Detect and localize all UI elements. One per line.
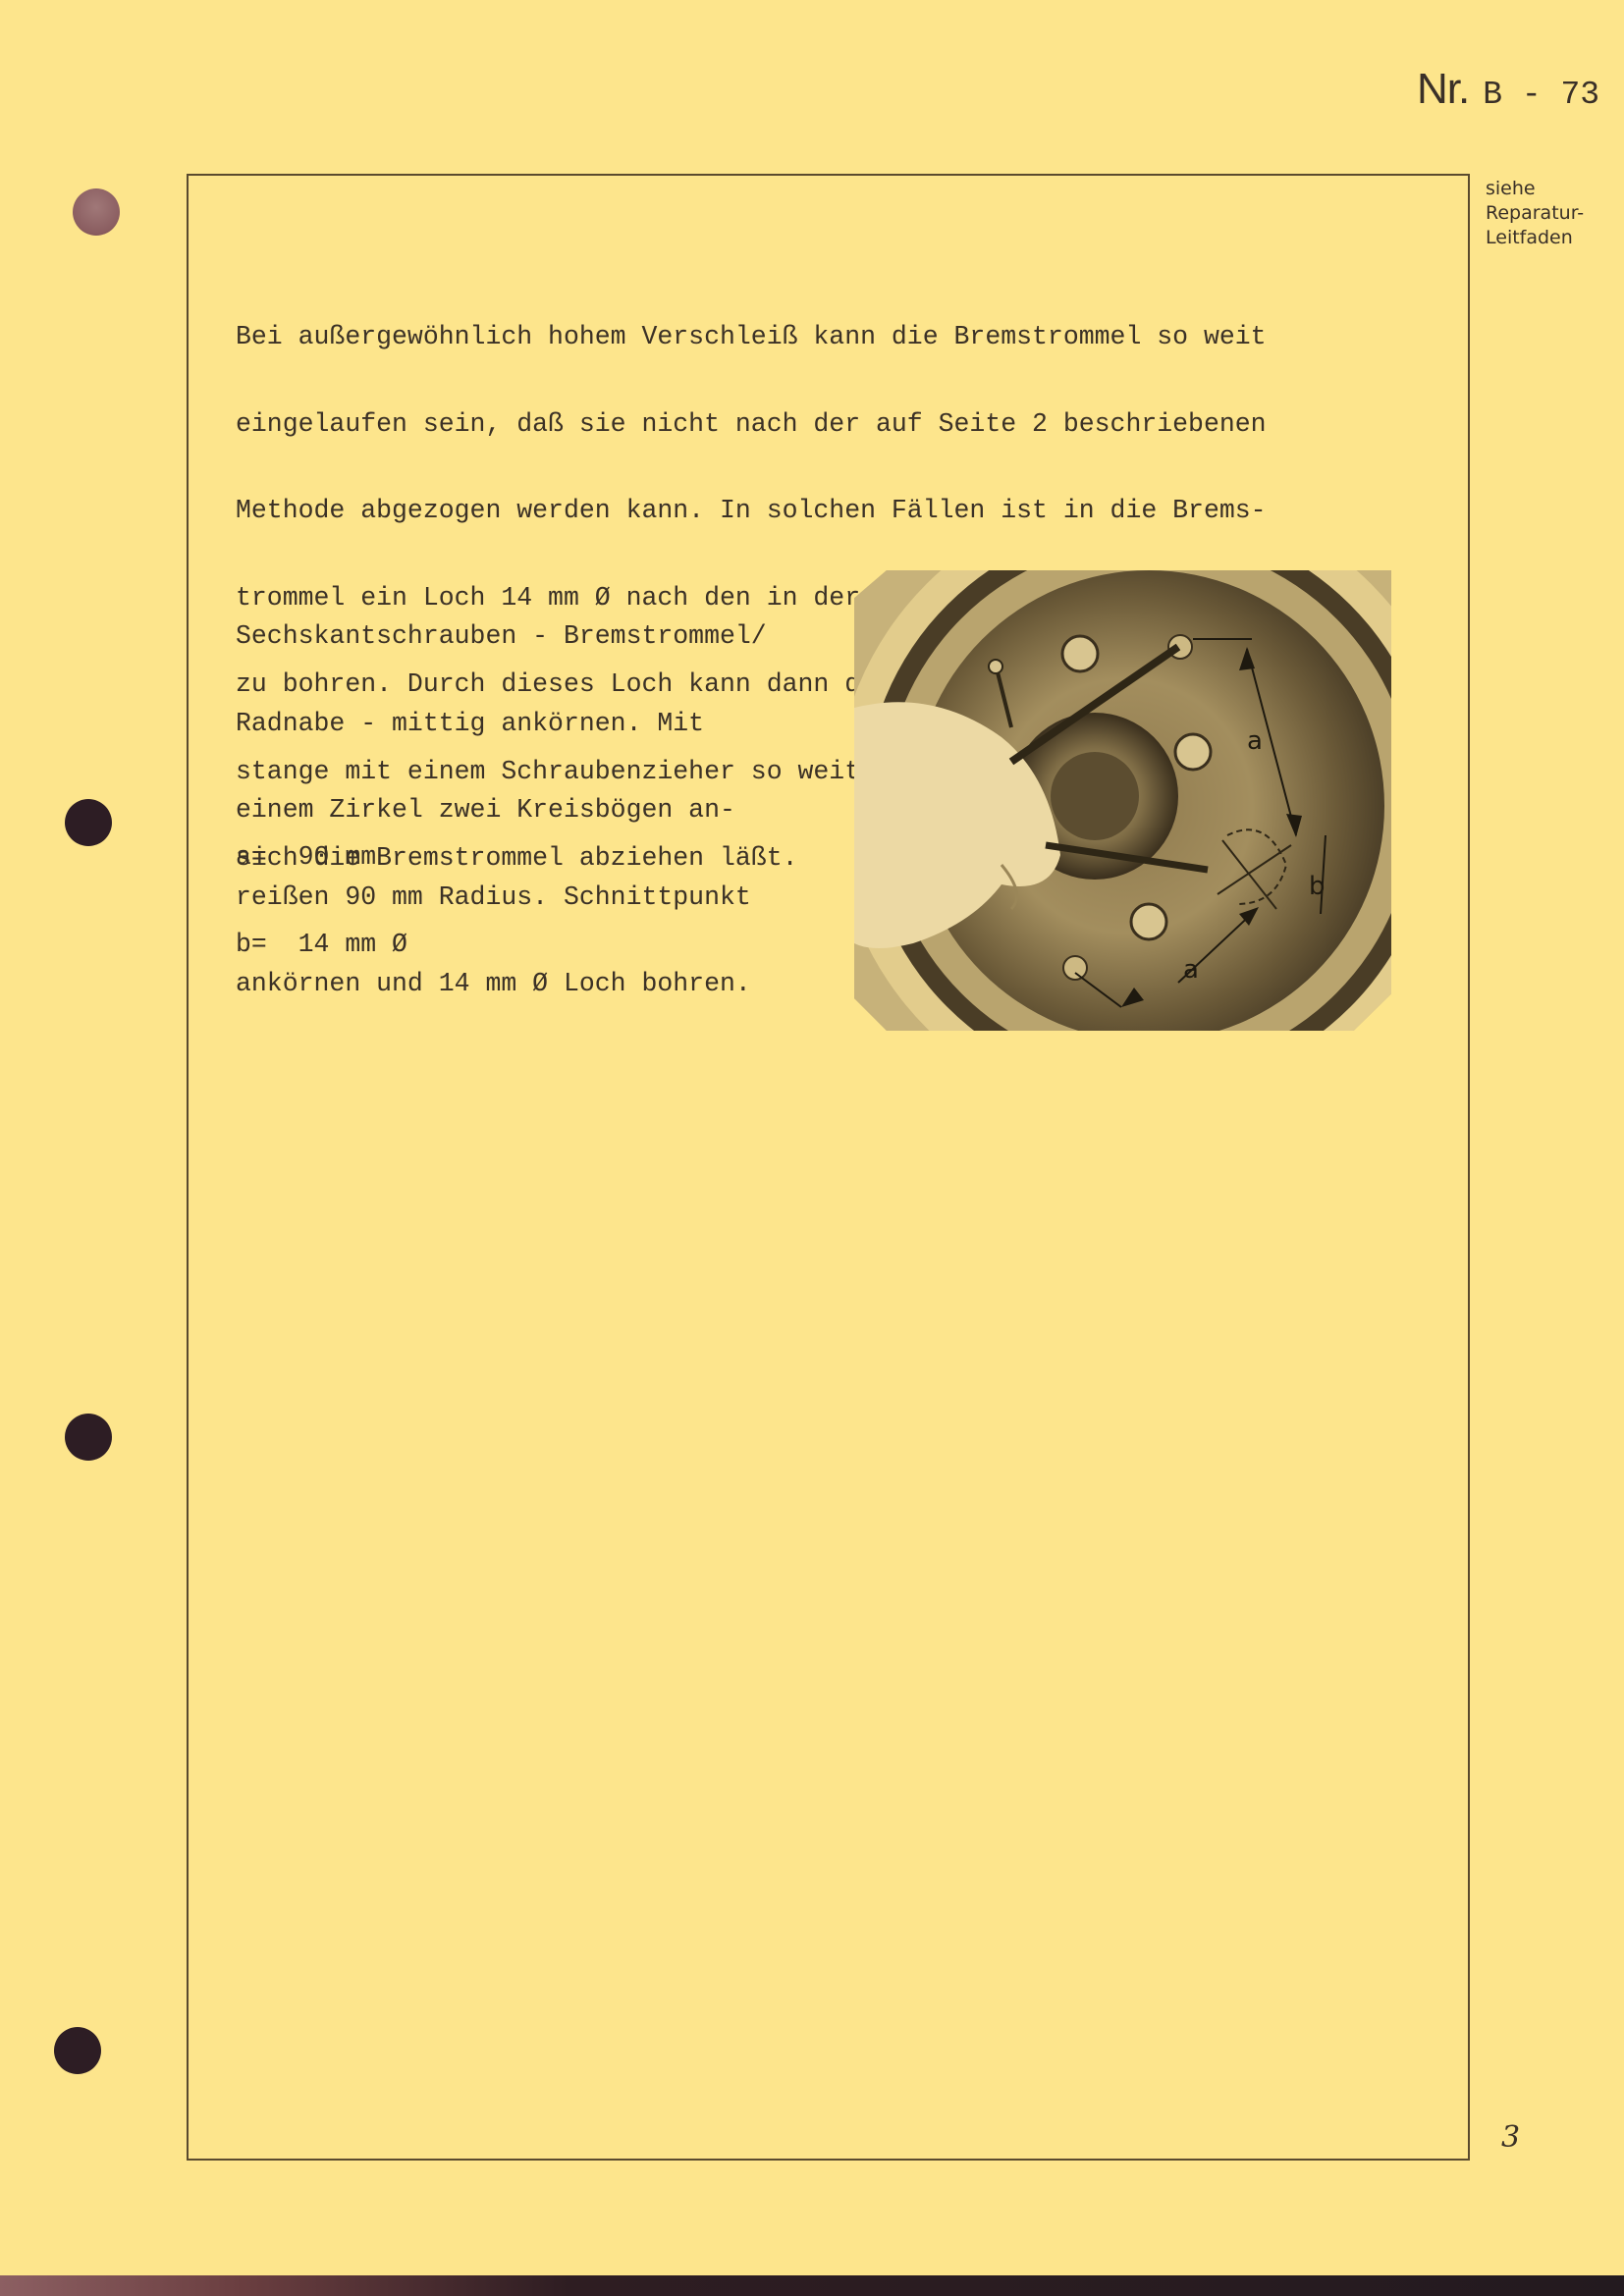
text-line: Methode abgezogen werden kann. In solche…	[236, 497, 1313, 526]
punch-hole	[73, 188, 120, 236]
brake-drum-illustration: a a b	[854, 570, 1391, 1031]
svg-text:a: a	[1247, 726, 1263, 756]
dimension-b: b= 14 mm Ø	[236, 931, 407, 960]
text-line: Bei außergewöhnlich hohem Verschleiß kan…	[236, 323, 1313, 352]
brake-drum-photo: a a b	[854, 570, 1391, 1031]
punch-hole	[65, 799, 112, 846]
dimension-list: a= 90 mm b= 14 mm Ø	[236, 785, 407, 988]
punch-hole	[54, 2027, 101, 2074]
text-line: Sechskantschrauben - Bremstrommel/	[236, 622, 767, 652]
side-note-line: Leitfaden	[1486, 226, 1584, 250]
scan-background-edge	[0, 2275, 1624, 2296]
document-number-label: Nr.	[1417, 65, 1469, 114]
side-note-line: siehe	[1486, 177, 1584, 201]
dimension-a: a= 90 mm	[236, 843, 407, 873]
document-number-value: B - 73	[1483, 77, 1599, 113]
punch-hole	[65, 1414, 112, 1461]
side-reference-note: siehe Reparatur- Leitfaden	[1486, 177, 1584, 250]
text-line: eingelaufen sein, daß sie nicht nach der…	[236, 410, 1313, 440]
side-note-line: Reparatur-	[1486, 201, 1584, 226]
page-number: 3	[1501, 2120, 1520, 2155]
svg-text:b: b	[1309, 872, 1326, 901]
text-line: Radnabe - mittig ankörnen. Mit	[236, 710, 767, 739]
svg-text:a: a	[1183, 955, 1199, 985]
document-number: Nr. B - 73	[1417, 65, 1599, 114]
